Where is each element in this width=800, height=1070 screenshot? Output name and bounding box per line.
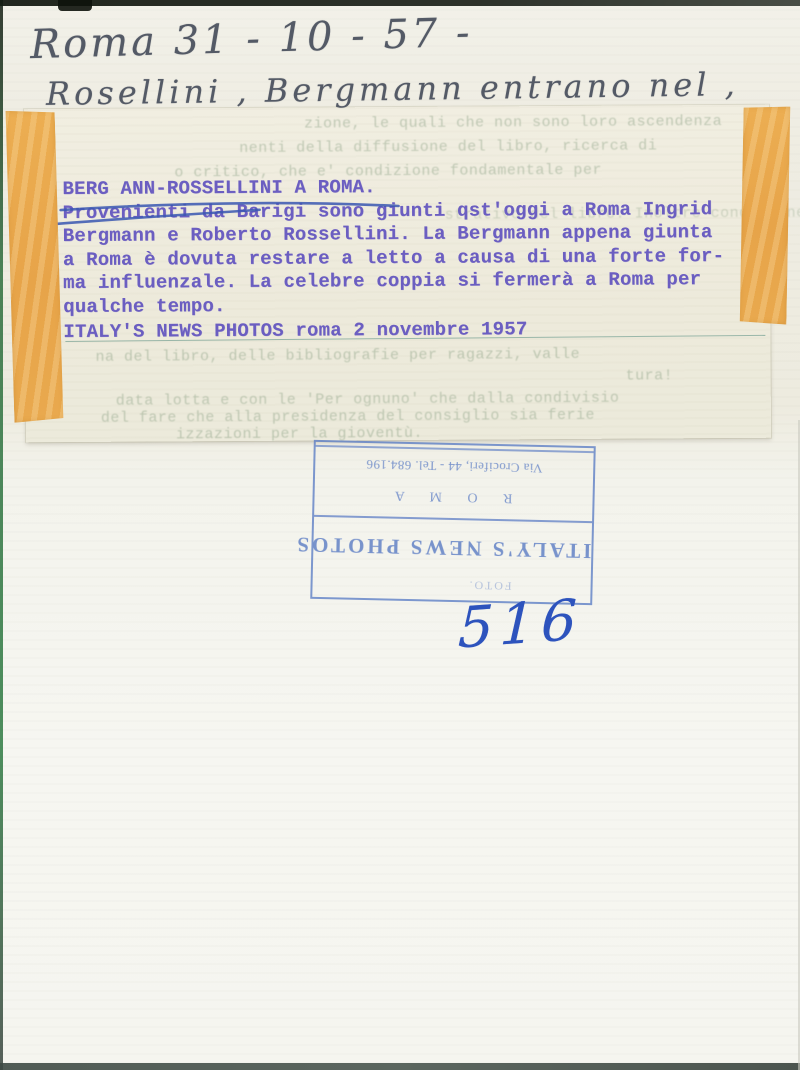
typed-caption: BERG ANN-ROSSELLINI A ROMA. Provenienti … <box>62 174 743 345</box>
bleed-through-line: na del libro, delle bibliografie per rag… <box>95 346 580 366</box>
scan-edge-top <box>0 0 800 6</box>
tape-strip-right <box>738 105 791 324</box>
scan-edge-bottom <box>0 1063 800 1070</box>
scan-edge-mark <box>58 0 92 11</box>
caption-line: ma influenzale. La celebre coppia si fer… <box>63 268 743 296</box>
caption-line: Bergmann e Roberto Rossellini. La Bergma… <box>63 221 743 249</box>
agency-stamp: FOTO. ITALY'S NEWS PHOTOS R O M A Via Cr… <box>310 440 596 605</box>
stamp-address: Via Crociferi, 44 - Tel. 684.196 <box>315 455 593 477</box>
stamp-divider <box>314 515 592 523</box>
stamp-bottom-line <box>316 445 594 453</box>
stamp-city: R O M A <box>314 485 592 507</box>
photo-number: 516 <box>457 587 584 661</box>
bleed-through-line: del fare che alla presidenza del consigl… <box>101 407 595 427</box>
photo-verso-scan: Roma 31 - 10 - 57 - Rosellini , Bergmann… <box>0 0 800 1070</box>
bleed-through-line: nenti della diffusione del libro, ricerc… <box>239 137 657 157</box>
bleed-through-line: zione, le quali che non sono loro ascend… <box>304 113 722 133</box>
stamp-agency-name: ITALY'S NEWS PHOTOS <box>313 532 591 563</box>
stamp-faint-line: FOTO. <box>350 575 628 596</box>
caption-line: qualche tempo. <box>63 291 743 319</box>
bleed-through-line: tura! <box>626 367 674 384</box>
scan-edge-left <box>0 0 3 1070</box>
handwritten-date: Roma 31 - 10 - 57 - <box>29 10 473 68</box>
caption-slip: zione, le quali che non sono loro ascend… <box>24 105 771 443</box>
